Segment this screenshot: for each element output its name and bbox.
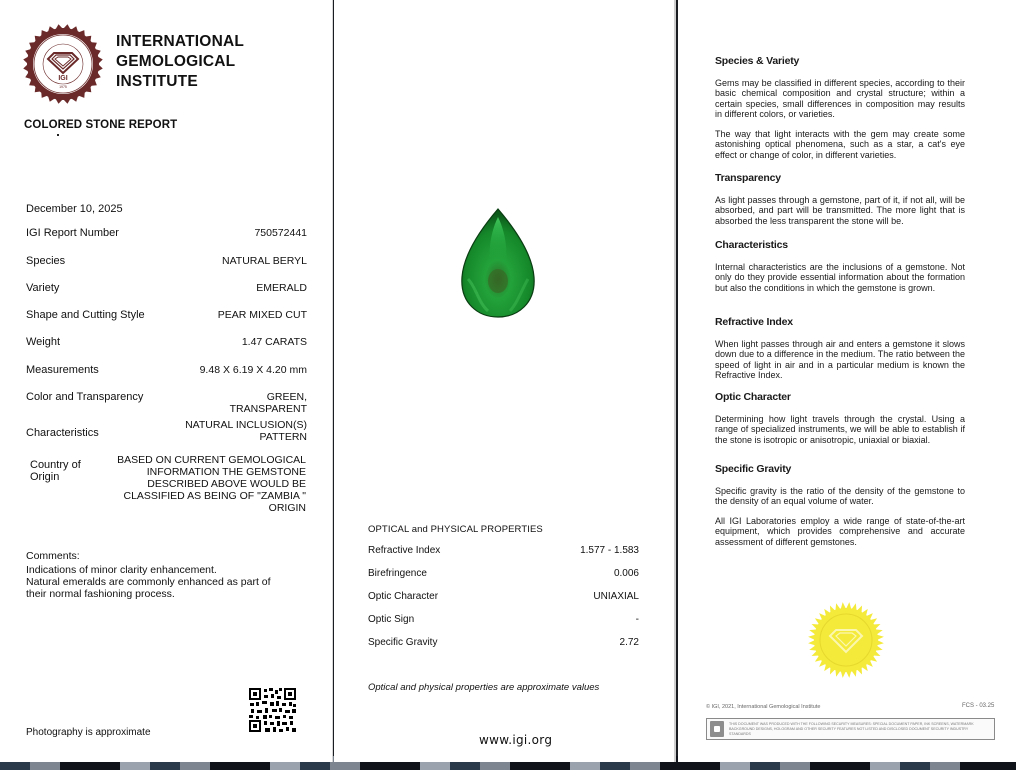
- svg-text:1975: 1975: [59, 85, 67, 89]
- website-link[interactable]: www.igi.org: [479, 733, 552, 747]
- property-row: Specific Gravity 2.72: [368, 637, 639, 660]
- field-weight: Weight 1.47 CARATS: [26, 336, 307, 364]
- qr-code-icon[interactable]: [248, 687, 297, 733]
- copyright-text: © IGI, 2021, International Gemological I…: [706, 704, 820, 710]
- report-title: COLORED STONE REPORT: [24, 119, 177, 131]
- form-code: FCS - 03.25: [962, 703, 994, 709]
- field-characteristics: Characteristics NATURAL INCLUSION(S) PAT…: [26, 419, 307, 455]
- field-report-number: IGI Report Number 750572441: [26, 227, 307, 255]
- report-date: December 10, 2025: [26, 203, 123, 215]
- field-species: Species NATURAL BERYL: [26, 255, 307, 282]
- property-row: Refractive Index 1.577 - 1.583: [368, 545, 639, 568]
- info-species-variety: Species & Variety Gems may be classified…: [715, 56, 965, 169]
- property-row: Optic Character UNIAXIAL: [368, 591, 639, 614]
- decorative-dot: [57, 134, 59, 136]
- igi-seal-logo-icon: IGI 1975: [22, 23, 104, 105]
- property-row: Optic Sign -: [368, 614, 639, 637]
- field-variety: Variety EMERALD: [26, 282, 307, 309]
- svg-text:IGI: IGI: [58, 75, 67, 82]
- field-shape-cut: Shape and Cutting Style PEAR MIXED CUT: [26, 309, 307, 336]
- field-color-transparency: Color and Transparency GREEN, TRANSPAREN…: [26, 391, 307, 419]
- field-measurements: Measurements 9.48 X 6.19 X 4.20 mm: [26, 364, 307, 391]
- report-fields: IGI Report Number 750572441 Species NATU…: [26, 227, 307, 455]
- info-refractive-index: Refractive Index When light passes throu…: [715, 317, 965, 390]
- info-optic-character: Optic Character Determining how light tr…: [715, 392, 965, 454]
- properties-note: Optical and physical properties are appr…: [368, 682, 599, 693]
- field-country-of-origin: Country of Origin BASED ON CURRENT GEMOL…: [30, 459, 306, 483]
- info-characteristics: Characteristics Internal characteristics…: [715, 240, 965, 302]
- comments-section: Comments: Indications of minor clarity e…: [26, 550, 326, 600]
- lock-document-icon: [710, 721, 724, 737]
- property-row: Birefringence 0.006: [368, 568, 639, 591]
- properties-title: OPTICAL and PHYSICAL PROPERTIES: [368, 524, 543, 535]
- info-specific-gravity: Specific Gravity Specific gravity is the…: [715, 464, 965, 556]
- security-notice: THIS DOCUMENT WAS PRODUCED WITH THE FOLL…: [706, 718, 995, 740]
- info-transparency: Transparency As light passes through a g…: [715, 173, 965, 235]
- gemstone-photo: [458, 207, 538, 319]
- properties-table: Refractive Index 1.577 - 1.583 Birefring…: [368, 545, 639, 660]
- organization-name: INTERNATIONAL GEMOLOGICAL INSTITUTE: [116, 32, 244, 92]
- photography-note: Photography is approximate: [26, 727, 151, 738]
- gold-seal-icon: [806, 600, 886, 680]
